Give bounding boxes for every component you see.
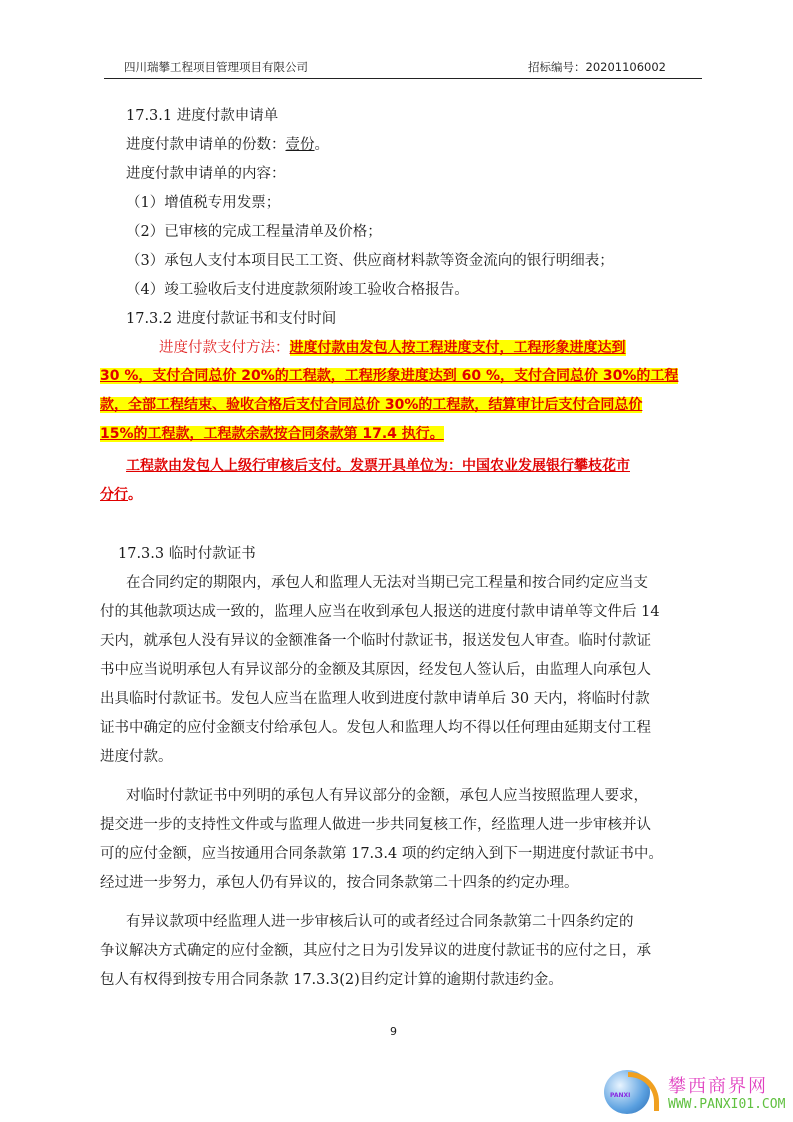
payment-note-end: 。 xyxy=(128,487,142,503)
paragraph-line: 有异议款项中经监理人进一步审核后认可的或者经过合同条款第二十四条约定的 xyxy=(126,910,634,931)
page-header: 四川瑞攀工程项目管理项目有限公司 招标编号：20201106002 xyxy=(104,58,702,79)
watermark-logo: PANXI 攀西商界网 WWW.PANXI01.COM xyxy=(598,1062,793,1122)
content-label: 进度付款申请单的内容： xyxy=(126,162,286,183)
paragraph-line: 经过进一步努力，承包人仍有异议的，按合同条款第二十四条的约定办理。 xyxy=(100,871,579,892)
page-number: 9 xyxy=(390,1025,397,1038)
company-name: 四川瑞攀工程项目管理项目有限公司 xyxy=(124,59,308,75)
payment-method-line: 30 %，支付合同总价 20%的工程款，工程形象进度达到 60 %，支付合同总价… xyxy=(100,365,678,385)
payment-note-text: 分行 xyxy=(100,487,128,503)
copies-line: 进度付款申请单的份数：壹份。 xyxy=(126,133,329,154)
payment-note-line: 工程款由发包人上级行审核后支付。发票开具单位为：中国农业发展银行攀枝花市 xyxy=(126,455,630,475)
payment-method-text: 15%的工程款，工程款余款按合同条款第 17.4 执行。 xyxy=(100,426,444,442)
section-title-17-3-2: 17.3.2 进度付款证书和支付时间 xyxy=(126,307,336,328)
site-url: WWW.PANXI01.COM xyxy=(668,1097,785,1112)
paragraph-line: 付的其他款项达成一致的，监理人应当在收到承包人报送的进度付款申请单等文件后 14 xyxy=(100,600,660,621)
paragraph-line: 出具临时付款证书。发包人应当在监理人收到进度付款申请单后 30 天内，将临时付款 xyxy=(100,687,650,708)
list-item: （4）竣工验收后支付进度款须附竣工验收合格报告。 xyxy=(126,278,469,299)
payment-note-text: 工程款由发包人上级行审核后支付。发票开具单位为：中国农业发展银行攀枝花市 xyxy=(126,458,630,474)
payment-note-line: 分行。 xyxy=(100,484,142,504)
payment-method-text: 进度付款由发包人按工程进度支付，工程形象进度达到 xyxy=(290,340,626,356)
section-title-17-3-3: 17.3.3 临时付款证书 xyxy=(118,542,256,563)
list-item: （1）增值税专用发票； xyxy=(126,191,280,212)
paragraph-line: 争议解决方式确定的应付金额，其应付之日为引发异议的进度付款证书的应付之日，承 xyxy=(100,939,651,960)
paragraph-line: 对临时付款证书中列明的承包人有异议部分的金额，承包人应当按照监理人要求， xyxy=(126,784,648,805)
swoosh-icon xyxy=(628,1072,659,1111)
payment-method-line: 款，全部工程结束、验收合格后支付合同总价 30%的工程款，结算审计后支付合同总价 xyxy=(100,394,642,414)
copies-end: 。 xyxy=(315,137,330,153)
payment-method-line: 15%的工程款，工程款余款按合同条款第 17.4 执行。 xyxy=(100,423,444,443)
paragraph-line: 在合同约定的期限内，承包人和监理人无法对当期已完工程量和按合同约定应当支 xyxy=(126,571,648,592)
payment-method-line: 进度付款支付方法：进度付款由发包人按工程进度支付，工程形象进度达到 xyxy=(159,336,626,357)
payment-method-label: 进度付款支付方法： xyxy=(159,340,290,356)
paragraph-line: 天内，就承包人没有异议的金额准备一个临时付款证书，报送发包人审查。临时付款证 xyxy=(100,629,651,650)
paragraph-line: 可的应付金额，应当按通用合同条款第 17.3.4 项的约定纳入到下一期进度付款证… xyxy=(100,842,663,863)
paragraph-line: 包人有权得到按专用合同条款 17.3.3(2)目约定计算的逾期付款违约金。 xyxy=(100,968,563,989)
paragraph-line: 提交进一步的支持性文件或与监理人做进一步共同复核工作，经监理人进一步审核并认 xyxy=(100,813,651,834)
copies-value: 壹份 xyxy=(286,137,315,153)
payment-method-text: 30 %，支付合同总价 20%的工程款，工程形象进度达到 60 %，支付合同总价… xyxy=(100,368,678,384)
paragraph-line: 进度付款。 xyxy=(100,745,173,766)
payment-method-text: 款，全部工程结束、验收合格后支付合同总价 30%的工程款，结算审计后支付合同总价 xyxy=(100,397,642,413)
section-title-17-3-1: 17.3.1 进度付款申请单 xyxy=(126,104,278,125)
logo-text: PANXI xyxy=(610,1092,630,1099)
list-item: （2）已审核的完成工程量清单及价格； xyxy=(126,220,382,241)
paragraph-line: 证书中确定的应付金额支付给承包人。发包人和监理人均不得以任何理由延期支付工程 xyxy=(100,716,651,737)
tender-number: 招标编号：20201106002 xyxy=(528,59,666,75)
copies-label: 进度付款申请单的份数： xyxy=(126,137,286,153)
list-item: （3）承包人支付本项目民工工资、供应商材料款等资金流向的银行明细表； xyxy=(126,249,614,270)
site-name: 攀西商界网 xyxy=(668,1072,768,1098)
paragraph-line: 书中应当说明承包人有异议部分的金额及其原因，经发包人签认后，由监理人向承包人 xyxy=(100,658,651,679)
